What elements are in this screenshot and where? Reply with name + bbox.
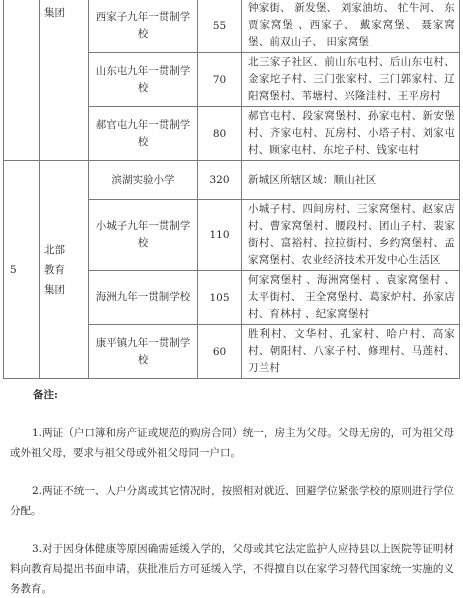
row-number-cell xyxy=(4,0,40,161)
enrollment-count-cell: 105 xyxy=(198,271,242,325)
catchment-area-cell: 北三家子社区、前山东屯村、后山东屯村、金家坨子村、三门张家村、三门郭家村、辽阳窝… xyxy=(242,53,460,107)
school-name-cell: 山东屯九年一贯制学校 xyxy=(89,53,198,107)
school-name-cell: 郝官屯九年一贯制学校 xyxy=(89,107,198,161)
school-name-cell: 小城子九年一贯制学校 xyxy=(89,200,198,271)
catchment-area-cell: 何家窝堡村 、海洲窝堡村 、袁家窝堡村 、太平街村、 王全窝堡村、葛家炉村、孙家… xyxy=(242,271,460,325)
note-item-1: 1.两证（户口簿和房产证或规范的购房合同）统一，房主为父母。父母无房的，可为祖父… xyxy=(10,423,454,463)
school-name-cell: 康平镇九年一贯制学校 xyxy=(89,325,198,379)
enrollment-count-cell: 70 xyxy=(198,53,242,107)
catchment-area-cell: 新城区所辖区域：顺山社区 xyxy=(242,161,460,200)
catchment-area-cell: 胜利村、文华村、孔家村、哈户村、高家村、朝阳村、八家子村、修理村、马莲村、刀兰村 xyxy=(242,325,460,379)
enrollment-count-cell: 60 xyxy=(198,325,242,379)
enrollment-count-cell: 320 xyxy=(198,161,242,200)
group-cell: 北部教育集团 xyxy=(40,161,89,379)
enrollment-count-cell: 80 xyxy=(198,107,242,161)
enrollment-zone-table: 集团 西家子九年一贯制学校 55 钟家街、 新发堡、 刘家油坊、 牤牛河、 东贾… xyxy=(3,0,460,379)
table-row: 集团 西家子九年一贯制学校 55 钟家街、 新发堡、 刘家油坊、 牤牛河、 东贾… xyxy=(4,0,460,53)
catchment-area-cell: 郝官屯村、段家窝堡村、孙家屯村、新安堡村、齐家屯村、瓦房村、小塔子村、刘家屯村、… xyxy=(242,107,460,161)
school-name-cell: 海洲九年一贯制学校 xyxy=(89,271,198,325)
group-name: 北部教育集团 xyxy=(44,240,74,300)
note-item-2: 2.两证不统一、人户分离或其它情况时，按照相对就近、回避学位紧张学校的原则进行学… xyxy=(10,481,454,521)
row-number-cell: 5 xyxy=(4,161,40,379)
school-name-cell: 西家子九年一贯制学校 xyxy=(89,0,198,53)
enrollment-count-cell: 110 xyxy=(198,200,242,271)
catchment-area-cell: 小城子村、四间房村、三家窝堡村、赵家店村、曹家窝堡村、腰段村、团山子村、裴家街村… xyxy=(242,200,460,271)
school-name-cell: 滨湖实验小学 xyxy=(89,161,198,200)
table-row: 5 北部教育集团 滨湖实验小学 320 新城区所辖区域：顺山社区 xyxy=(4,161,460,200)
catchment-area-cell: 钟家街、 新发堡、 刘家油坊、 牤牛河、 东贾家窝堡 、西家子、 戴家窝堡、 聂… xyxy=(242,0,460,53)
group-cell: 集团 xyxy=(40,0,89,161)
notes-title: 备注: xyxy=(33,385,58,405)
enrollment-count-cell: 55 xyxy=(198,0,242,53)
note-item-3: 3.对于因身体健康等原因确需延缓入学的，父母或其它法定监护人应持县以上医院等证明… xyxy=(10,539,454,598)
